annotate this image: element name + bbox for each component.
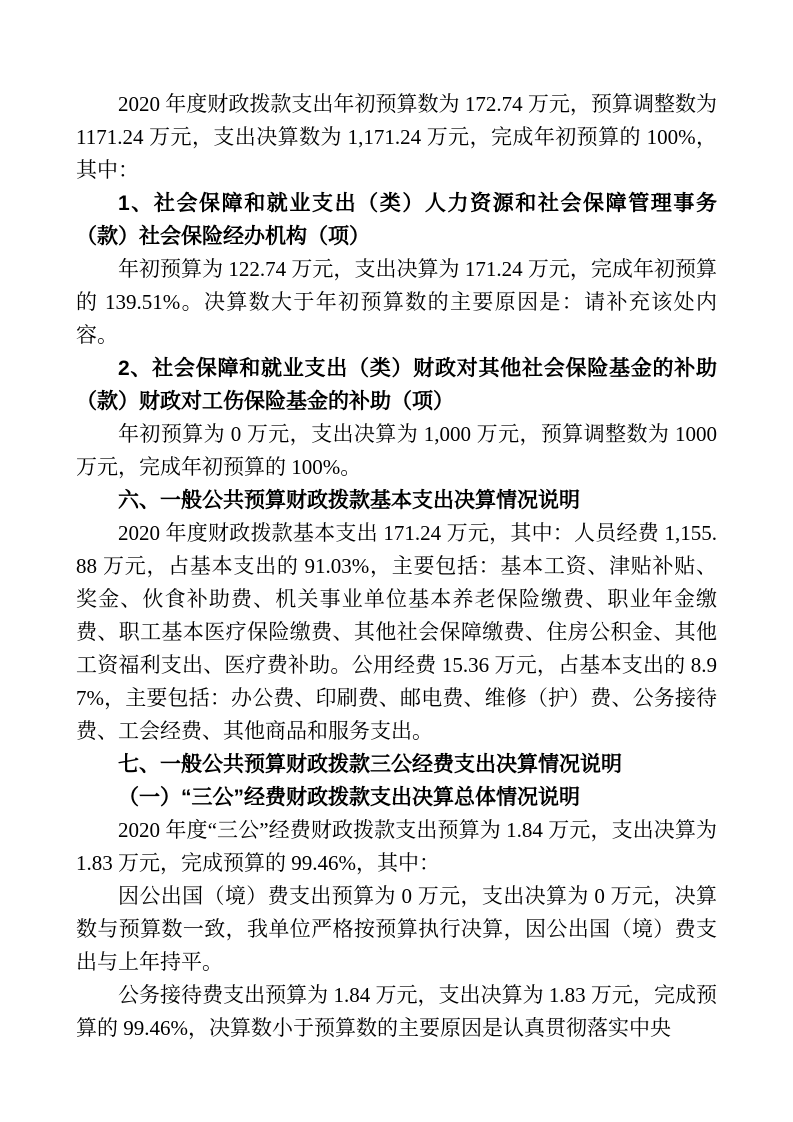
paragraph-item-1-detail: 年初预算为 122.74 万元，支出决算为 171.24 万元，完成年初预算的 … (76, 253, 717, 352)
paragraph-official-reception-expense: 公务接待费支出预算为 1.84 万元，支出决算为 1.83 万元，完成预算的 9… (76, 979, 717, 1045)
heading-section-7-1-overall-situation: （一）“三公”经费财政拨款支出决算总体情况说明 (76, 781, 717, 814)
heading-item-1-social-security-admin: 1、社会保障和就业支出（类）人力资源和社会保障管理事务（款）社会保险经办机构（项… (76, 187, 717, 253)
paragraph-item-2-detail: 年初预算为 0 万元，支出决算为 1,000 万元，预算调整数为 1000 万元… (76, 418, 717, 484)
heading-section-7-three-public-funds: 七、一般公共预算财政拨款三公经费支出决算情况说明 (76, 748, 717, 781)
paragraph-overseas-travel-expense: 因公出国（境）费支出预算为 0 万元，支出决算为 0 万元，决算数与预算数一致，… (76, 880, 717, 979)
heading-item-2-injury-insurance-subsidy: 2、社会保障和就业支出（类）财政对其他社会保险基金的补助（款）财政对工伤保险基金… (76, 352, 717, 418)
paragraph-budget-overview: 2020 年度财政拨款支出年初预算数为 172.74 万元，预算调整数为 117… (76, 88, 717, 187)
paragraph-three-public-overview: 2020 年度“三公”经费财政拨款支出预算为 1.84 万元，支出决算为 1.8… (76, 814, 717, 880)
heading-section-6-basic-expenditure: 六、一般公共预算财政拨款基本支出决算情况说明 (76, 484, 717, 517)
document-body: 2020 年度财政拨款支出年初预算数为 172.74 万元，预算调整数为 117… (76, 88, 717, 1045)
document-page: 2020 年度财政拨款支出年初预算数为 172.74 万元，预算调整数为 117… (0, 0, 793, 1122)
paragraph-basic-expenditure-detail: 2020 年度财政拨款基本支出 171.24 万元，其中：人员经费 1,155.… (76, 517, 717, 748)
